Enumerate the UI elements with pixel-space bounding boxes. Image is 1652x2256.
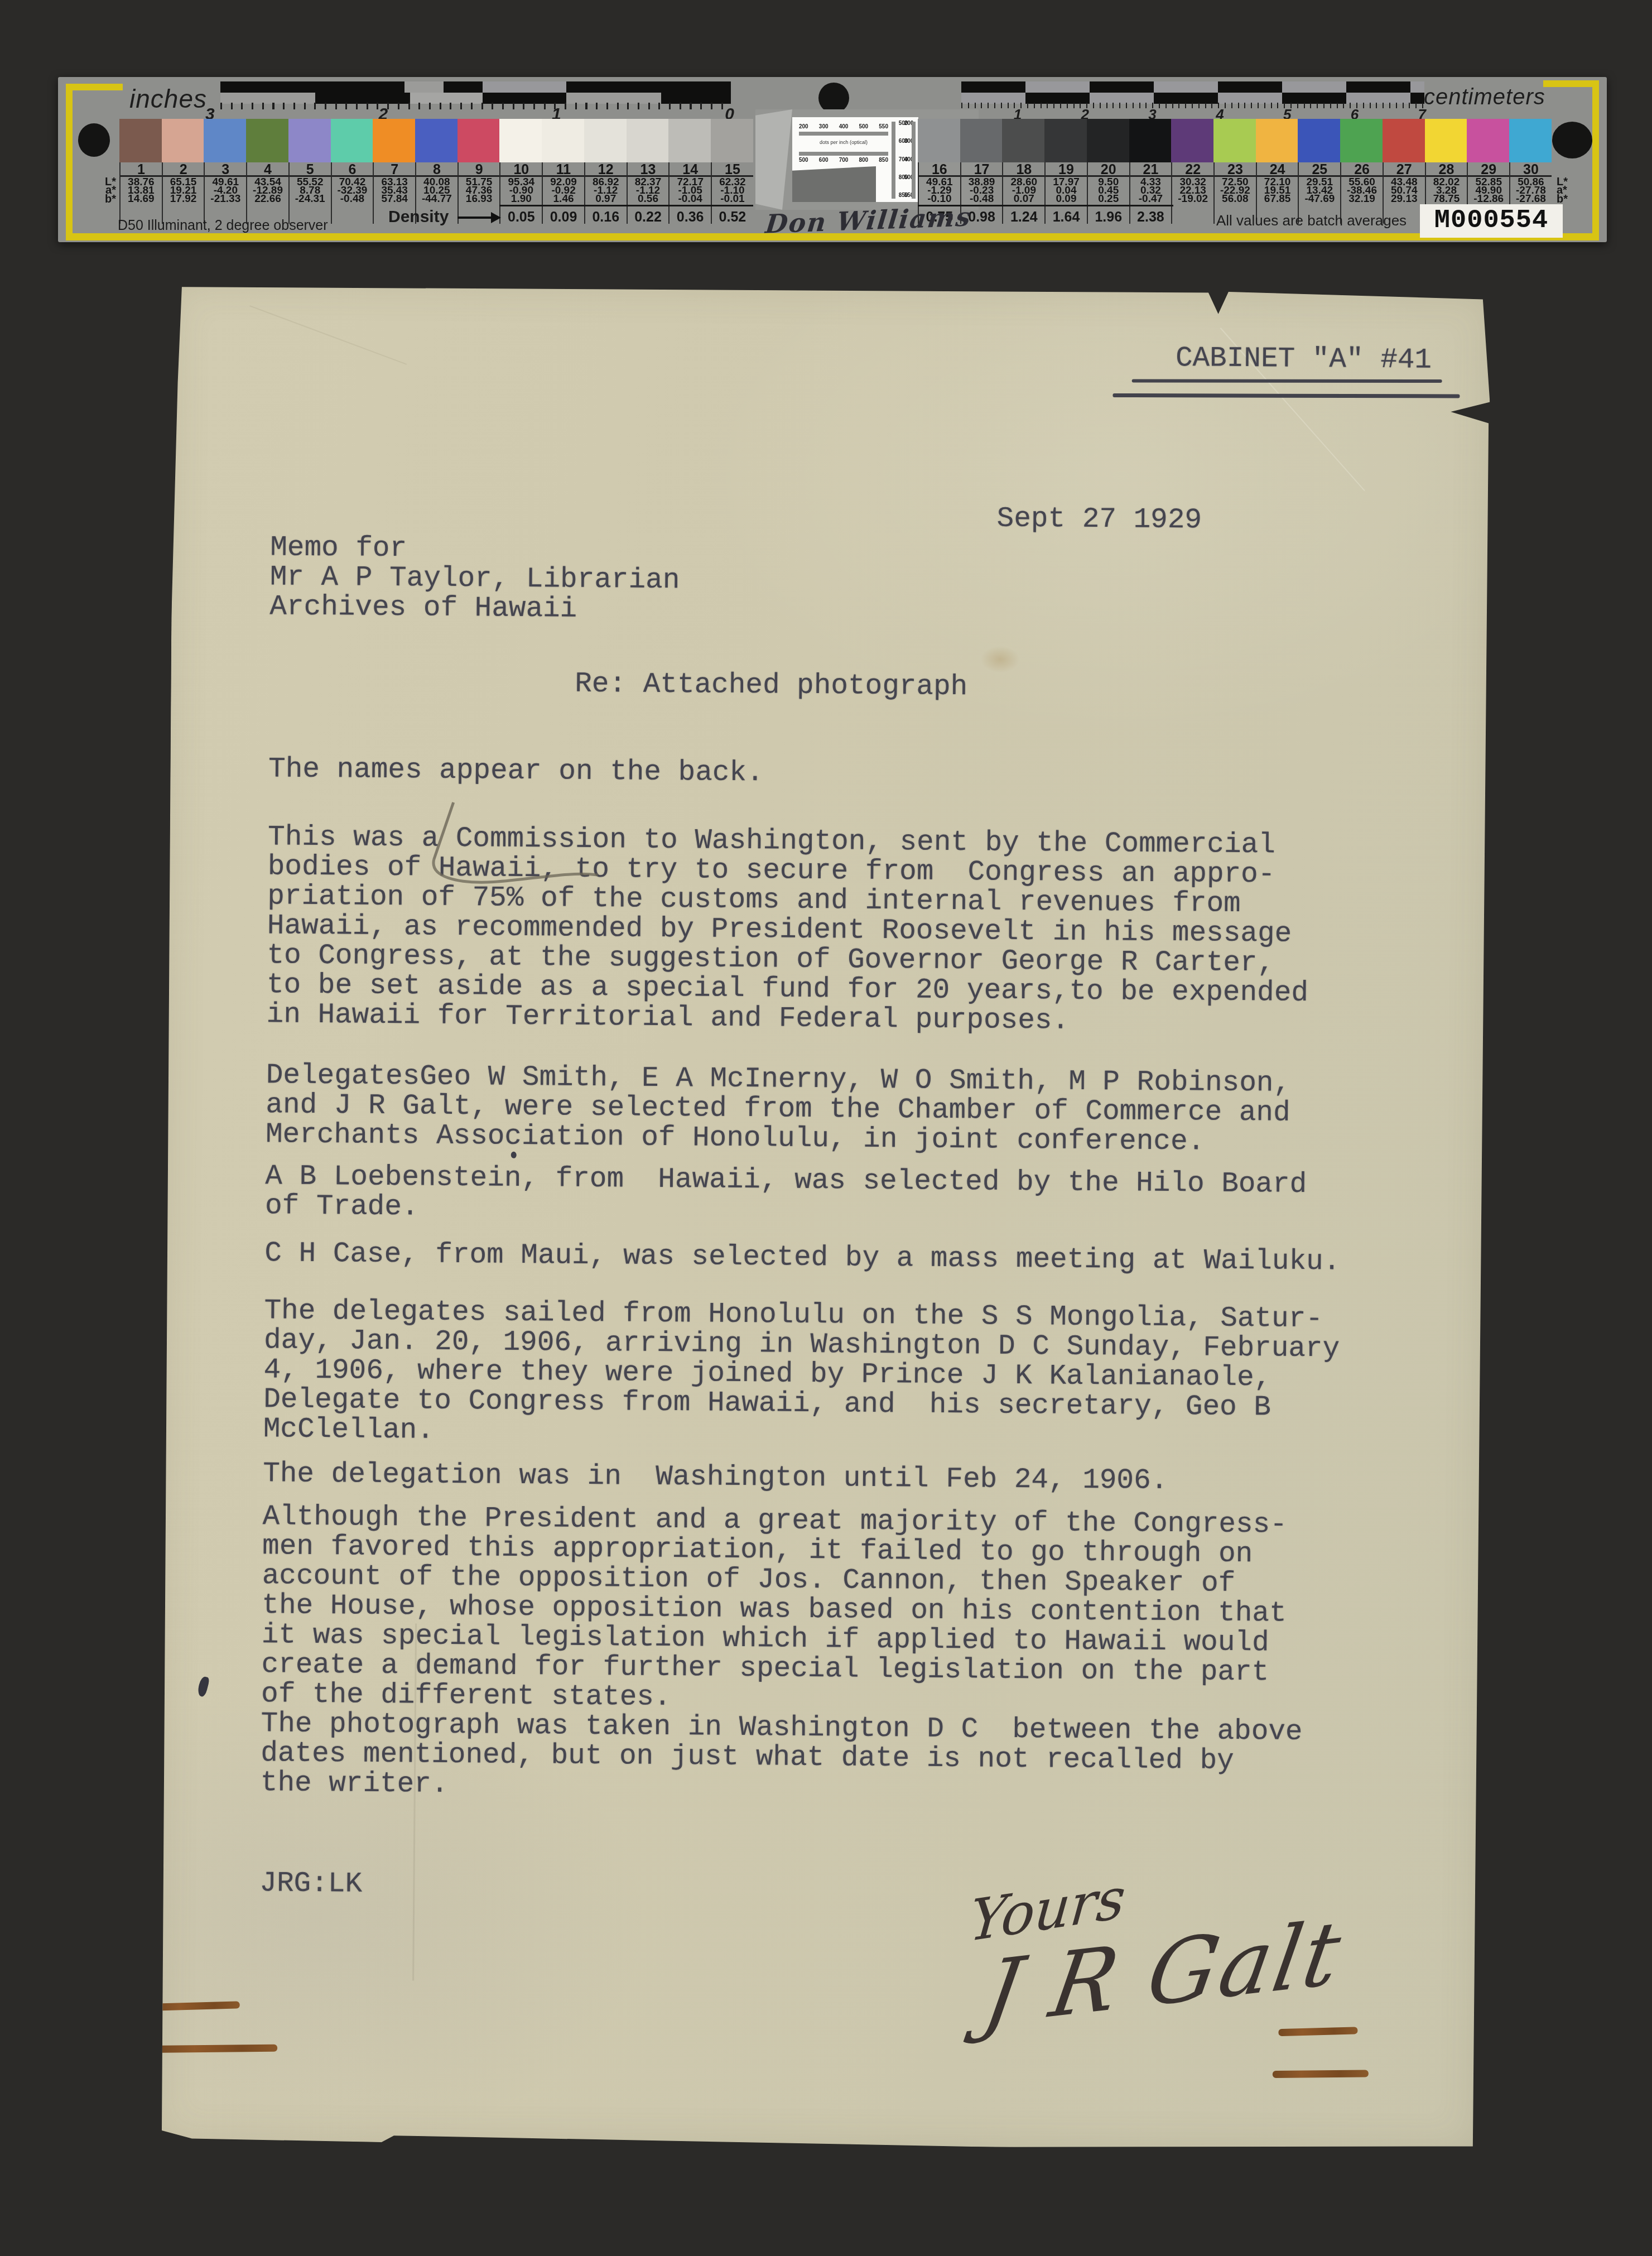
- patch-lab-values: 62.32 -1.10 -0.01: [712, 177, 753, 203]
- patch-lab-values: 82.02 3.28 78.75: [1426, 177, 1467, 203]
- lab-row-label: b*: [80, 195, 116, 204]
- typist-initials: JRG:LK: [259, 1869, 362, 1899]
- color-swatch: [960, 119, 1003, 162]
- patch-number: 23: [1215, 162, 1256, 177]
- patch-lab-values: 92.09 -0.92 1.46: [543, 177, 584, 203]
- color-swatch: [1044, 119, 1087, 162]
- patch-number: 29: [1468, 162, 1509, 177]
- color-patch-column: 10 95.34 -0.90 1.90 0.05: [499, 119, 542, 224]
- color-patch-column: 13 82.37 -1.12 0.56 0.22: [627, 119, 669, 224]
- step-wedge-left-top: [220, 81, 731, 93]
- patch-number: 12: [585, 162, 627, 177]
- density-label: Density: [388, 208, 449, 227]
- color-patch-column: 21 4.33 0.32 -0.47 2.38: [1129, 119, 1172, 224]
- patch-number: 4: [247, 162, 288, 177]
- rust-mark: [1273, 2070, 1369, 2078]
- patch-b-value: 0.07: [1003, 195, 1044, 203]
- patch-number: 9: [459, 162, 500, 177]
- patch-info: 20 9.50 0.45 0.25 1.96: [1087, 162, 1129, 224]
- color-patch-column: 2 65.15 19.21 17.92: [162, 119, 204, 224]
- patch-number: 13: [628, 162, 669, 177]
- patch-number: 6: [332, 162, 373, 177]
- step-wedge-right-top: [961, 81, 1424, 93]
- patch-lab-values: 72.10 19.51 67.85: [1257, 177, 1298, 203]
- step-wedge-left-bottom: [220, 93, 731, 104]
- density-arrow-icon: [457, 217, 492, 219]
- color-patch-column: 5 55.52 8.78 -24.31: [288, 119, 331, 224]
- patch-b-value: -21.33: [205, 195, 246, 203]
- dpi-label: 550: [879, 124, 888, 130]
- registration-dot-left: [78, 123, 110, 157]
- patch-density-value: 1.24: [1003, 209, 1044, 224]
- patch-info: 13 82.37 -1.12 0.56 0.22: [627, 162, 669, 224]
- color-patch-column: 23 72.50 -22.92 56.08: [1213, 119, 1256, 224]
- patch-b-value: 17.92: [163, 195, 204, 203]
- patch-number: 17: [961, 162, 1003, 177]
- color-patch-column: 24 72.10 19.51 67.85: [1256, 119, 1298, 224]
- patch-density-value: 0.05: [500, 209, 542, 224]
- patch-b-value: -12.86: [1468, 195, 1509, 203]
- color-patch-column: 18 28.60 -1.09 0.07 1.24: [1002, 119, 1044, 224]
- color-swatch: [457, 119, 500, 162]
- color-swatch: [373, 119, 415, 162]
- patch-lab-values: 49.61 -4.20 -21.33: [205, 177, 246, 203]
- patch-b-value: 16.93: [459, 195, 500, 203]
- color-patch-column: 27 43.48 50.74 29.13: [1383, 119, 1425, 224]
- registration-dot-right: [1552, 122, 1592, 158]
- color-patch-column: 25 29.51 13.42 -47.69: [1298, 119, 1340, 224]
- color-swatch: [1087, 119, 1129, 162]
- color-swatch: [1171, 119, 1213, 162]
- patch-lab-values: 72.17 -1.05 -0.04: [670, 177, 711, 203]
- color-swatch: [542, 119, 584, 162]
- dpi-row-bottom: 500600700800850: [799, 157, 888, 163]
- patch-b-value: -0.01: [712, 195, 753, 203]
- patch-density-value: 0.16: [585, 209, 627, 224]
- patch-number: 30: [1510, 162, 1552, 177]
- color-swatch: [584, 119, 627, 162]
- patch-number: 1: [121, 162, 162, 177]
- dpi-caption: dots per inch (optical): [799, 140, 888, 145]
- patch-number: 27: [1384, 162, 1425, 177]
- patch-info: 15 62.32 -1.10 -0.01 0.52: [711, 162, 753, 224]
- patch-info: 14 72.17 -1.05 -0.04 0.36: [668, 162, 711, 224]
- dpi-label: 500: [799, 157, 808, 163]
- target-dark-shape: [792, 166, 876, 202]
- color-swatch: [499, 119, 542, 162]
- patch-info: 6 70.42 -32.39 -0.48: [331, 162, 373, 224]
- patch-info: 18 28.60 -1.09 0.07 1.24: [1002, 162, 1044, 224]
- patch-info: 11 92.09 -0.92 1.46 0.09: [542, 162, 584, 224]
- dpi-label: 300: [819, 124, 829, 130]
- patch-b-value: 67.85: [1257, 195, 1298, 203]
- patch-b-value: -44.77: [416, 195, 457, 203]
- patch-lab-values: 72.50 -22.92 56.08: [1215, 177, 1256, 203]
- patch-number: 5: [290, 162, 331, 177]
- patch-number: 3: [205, 162, 246, 177]
- patch-lab-values: 49.61 -1.29 -0.10: [919, 177, 960, 203]
- dpi-label: 200: [799, 124, 808, 130]
- color-swatch: [162, 119, 204, 162]
- patch-lab-values: 43.48 50.74 29.13: [1384, 177, 1425, 203]
- patch-lab-values: 86.92 -1.12 0.97: [585, 177, 627, 203]
- patch-number: 7: [374, 162, 415, 177]
- patch-number: 8: [416, 162, 457, 177]
- illuminant-note: D50 Illuminant, 2 degree observer: [118, 218, 328, 234]
- step-wedge-right-bottom: [961, 93, 1424, 104]
- color-swatch: [331, 119, 373, 162]
- color-swatch: [1213, 119, 1256, 162]
- registration-dot-center: [818, 83, 849, 113]
- patch-info: 4 43.54 -12.89 22.66: [246, 162, 288, 224]
- dpi-bar-bottom: [799, 152, 888, 156]
- lab-row-label: b*: [1557, 195, 1592, 204]
- patch-density-value: 0.22: [628, 209, 669, 224]
- color-swatch: [1002, 119, 1044, 162]
- patch-b-value: 57.84: [374, 195, 415, 203]
- patch-info: 2 65.15 19.21 17.92: [162, 162, 204, 224]
- color-patch-column: 12 86.92 -1.12 0.97 0.16: [584, 119, 627, 224]
- patch-number: 20: [1088, 162, 1129, 177]
- patch-b-value: 0.09: [1046, 195, 1087, 203]
- patch-b-value: 1.90: [500, 195, 542, 203]
- color-swatch: [1509, 119, 1552, 162]
- patch-info: 1 38.76 13.81 14.69: [119, 162, 162, 224]
- color-swatch: [627, 119, 669, 162]
- color-swatch: [204, 119, 246, 162]
- patch-density-value: 0.36: [670, 209, 711, 224]
- patch-info: 10 95.34 -0.90 1.90 0.05: [499, 162, 542, 224]
- dpi-label: 600: [819, 157, 829, 163]
- patch-lab-values: 43.54 -12.89 22.66: [247, 177, 288, 203]
- color-swatch: [246, 119, 288, 162]
- serial-number-label: M000554: [1420, 204, 1563, 238]
- patch-lab-values: 17.97 0.04 0.09: [1046, 177, 1087, 203]
- calibration-target-bar: inches centimeters 3210 01234567 2003004…: [58, 77, 1607, 242]
- patch-b-value: 0.56: [628, 195, 669, 203]
- patch-number: 28: [1426, 162, 1467, 177]
- color-swatch: [415, 119, 457, 162]
- patch-number: 15: [712, 162, 753, 177]
- patch-density-value: 2.38: [1130, 209, 1172, 224]
- patch-info: 21 4.33 0.32 -0.47 2.38: [1129, 162, 1172, 224]
- color-swatch: [668, 119, 711, 162]
- color-swatch: [1425, 119, 1467, 162]
- patch-lab-values: 55.52 8.78 -24.31: [290, 177, 331, 203]
- dpi-bar-vertical-left: [892, 122, 895, 199]
- patch-lab-values: 95.34 -0.90 1.90: [500, 177, 542, 203]
- patch-number: 24: [1257, 162, 1298, 177]
- yellow-frame-right: [1592, 80, 1599, 240]
- color-swatch: [711, 119, 753, 162]
- patch-b-value: 0.25: [1088, 195, 1129, 203]
- patch-b-value: 14.69: [121, 195, 162, 203]
- patch-lab-values: 30.32 22.13 -19.02: [1172, 177, 1213, 203]
- patch-lab-values: 52.85 49.90 -12.86: [1468, 177, 1509, 203]
- color-swatch: [1298, 119, 1340, 162]
- patch-b-value: 78.75: [1426, 195, 1467, 203]
- patch-lab-values: 65.15 19.21 17.92: [163, 177, 204, 203]
- patch-b-value: -19.02: [1172, 195, 1213, 203]
- patch-density-value: 1.64: [1046, 209, 1087, 224]
- dpi-row-top: 200300400500550: [799, 124, 888, 130]
- patch-number: 26: [1341, 162, 1383, 177]
- patch-lab-values: 29.51 13.42 -47.69: [1299, 177, 1340, 203]
- dpi-label: 700: [839, 157, 849, 163]
- inches-label: inches: [129, 84, 207, 114]
- patch-density-value: 1.96: [1088, 209, 1129, 224]
- color-patch-column: 20 9.50 0.45 0.25 1.96: [1087, 119, 1129, 224]
- color-patch-column: 3 49.61 -4.20 -21.33: [204, 119, 246, 224]
- patch-density-value: 0.09: [543, 209, 584, 224]
- color-patch-column: 19 17.97 0.04 0.09 1.64: [1044, 119, 1087, 224]
- lab-row-labels-left: L*a*b*: [80, 178, 116, 204]
- patch-b-value: 0.97: [585, 195, 627, 203]
- batch-note: All values are batch averages: [1216, 212, 1407, 229]
- memo-document: CABINET "A" #41 Sept 27 1929 Memo for Mr…: [157, 282, 1492, 2151]
- color-swatch: [1256, 119, 1298, 162]
- dpi-bar-top: [799, 132, 888, 136]
- lab-row-labels-right: L*a*b*: [1557, 178, 1592, 204]
- color-patch-column: 26 55.60 -38.46 32.19: [1340, 119, 1383, 224]
- patch-number: 10: [500, 162, 542, 177]
- patch-number: 25: [1299, 162, 1340, 177]
- patch-lab-values: 9.50 0.45 0.25: [1088, 177, 1129, 203]
- centimeters-label: centimeters: [1424, 85, 1545, 110]
- patch-lab-values: 38.76 13.81 14.69: [121, 177, 162, 203]
- color-patch-column: 22 30.32 22.13 -19.02: [1171, 119, 1213, 224]
- patch-b-value: 1.46: [543, 195, 584, 203]
- rust-mark: [159, 2045, 277, 2053]
- patch-lab-values: 63.13 35.43 57.84: [374, 177, 415, 203]
- yellow-frame-left: [66, 84, 73, 240]
- patch-b-value: -27.68: [1510, 195, 1552, 203]
- patch-lab-values: 50.86 -27.78 -27.68: [1510, 177, 1552, 203]
- dpi-label: 800: [859, 157, 868, 163]
- color-swatch: [1340, 119, 1383, 162]
- color-patch-column: 6 70.42 -32.39 -0.48: [331, 119, 373, 224]
- color-patch-column: 9 51.75 47.36 16.93: [457, 119, 500, 224]
- yellow-frame-top-left: [66, 84, 123, 90]
- color-patch-column: 14 72.17 -1.05 -0.04 0.36: [668, 119, 711, 224]
- color-swatch: [119, 119, 162, 162]
- color-patch-column: 15 62.32 -1.10 -0.01 0.52: [711, 119, 753, 224]
- patch-lab-values: 28.60 -1.09 0.07: [1003, 177, 1044, 203]
- color-patch-column: 1 38.76 13.81 14.69: [119, 119, 162, 224]
- color-swatch: [1129, 119, 1172, 162]
- patch-b-value: -24.31: [290, 195, 331, 203]
- patch-lab-values: 40.08 10.25 -44.77: [416, 177, 457, 203]
- dpi-bar-vertical-right: [912, 122, 916, 199]
- patch-lab-values: 82.37 -1.12 0.56: [628, 177, 669, 203]
- patch-info: 5 55.52 8.78 -24.31: [288, 162, 331, 224]
- patch-lab-values: 38.89 -0.23 -0.48: [961, 177, 1003, 203]
- patch-b-value: -0.04: [670, 195, 711, 203]
- patch-number: 18: [1003, 162, 1044, 177]
- patch-number: 2: [163, 162, 204, 177]
- patch-info: 3 49.61 -4.20 -21.33: [204, 162, 246, 224]
- patch-number: 21: [1130, 162, 1172, 177]
- patch-lab-values: 51.75 47.36 16.93: [459, 177, 500, 203]
- patch-number: 14: [670, 162, 711, 177]
- patch-density-value: [332, 209, 373, 224]
- patch-number: 19: [1046, 162, 1087, 177]
- color-swatch: [288, 119, 331, 162]
- color-patch-column: 11 92.09 -0.92 1.46 0.09: [542, 119, 584, 224]
- patch-density-value: [1172, 209, 1213, 224]
- dpi-label: 500: [859, 124, 868, 130]
- patch-info: 19 17.97 0.04 0.09 1.64: [1044, 162, 1087, 224]
- patch-b-value: -47.69: [1299, 195, 1340, 203]
- dpi-label: 850: [879, 157, 888, 163]
- color-swatch: [1383, 119, 1425, 162]
- patch-density-value: 0.52: [712, 209, 753, 224]
- patch-number: 16: [919, 162, 960, 177]
- resolution-target-box: 200300400500550 dots per inch (optical) …: [792, 117, 918, 202]
- patch-b-value: -0.47: [1130, 195, 1172, 203]
- dpi-label: 400: [839, 124, 849, 130]
- patch-b-value: 29.13: [1384, 195, 1425, 203]
- patch-info: 22 30.32 22.13 -19.02: [1171, 162, 1213, 224]
- patch-info: 12 86.92 -1.12 0.97 0.16: [584, 162, 627, 224]
- patch-lab-values: 55.60 -38.46 32.19: [1341, 177, 1383, 203]
- patch-number: 11: [543, 162, 584, 177]
- color-patch-column: 4 43.54 -12.89 22.66: [246, 119, 288, 224]
- density-rule-left: [499, 205, 753, 206]
- yellow-frame-top-right: [1543, 80, 1599, 87]
- color-swatch: [1467, 119, 1509, 162]
- patch-lab-values: 4.33 0.32 -0.47: [1130, 177, 1172, 203]
- color-swatch: [918, 119, 960, 162]
- patch-lab-values: 70.42 -32.39 -0.48: [332, 177, 373, 203]
- patch-number: 22: [1172, 162, 1213, 177]
